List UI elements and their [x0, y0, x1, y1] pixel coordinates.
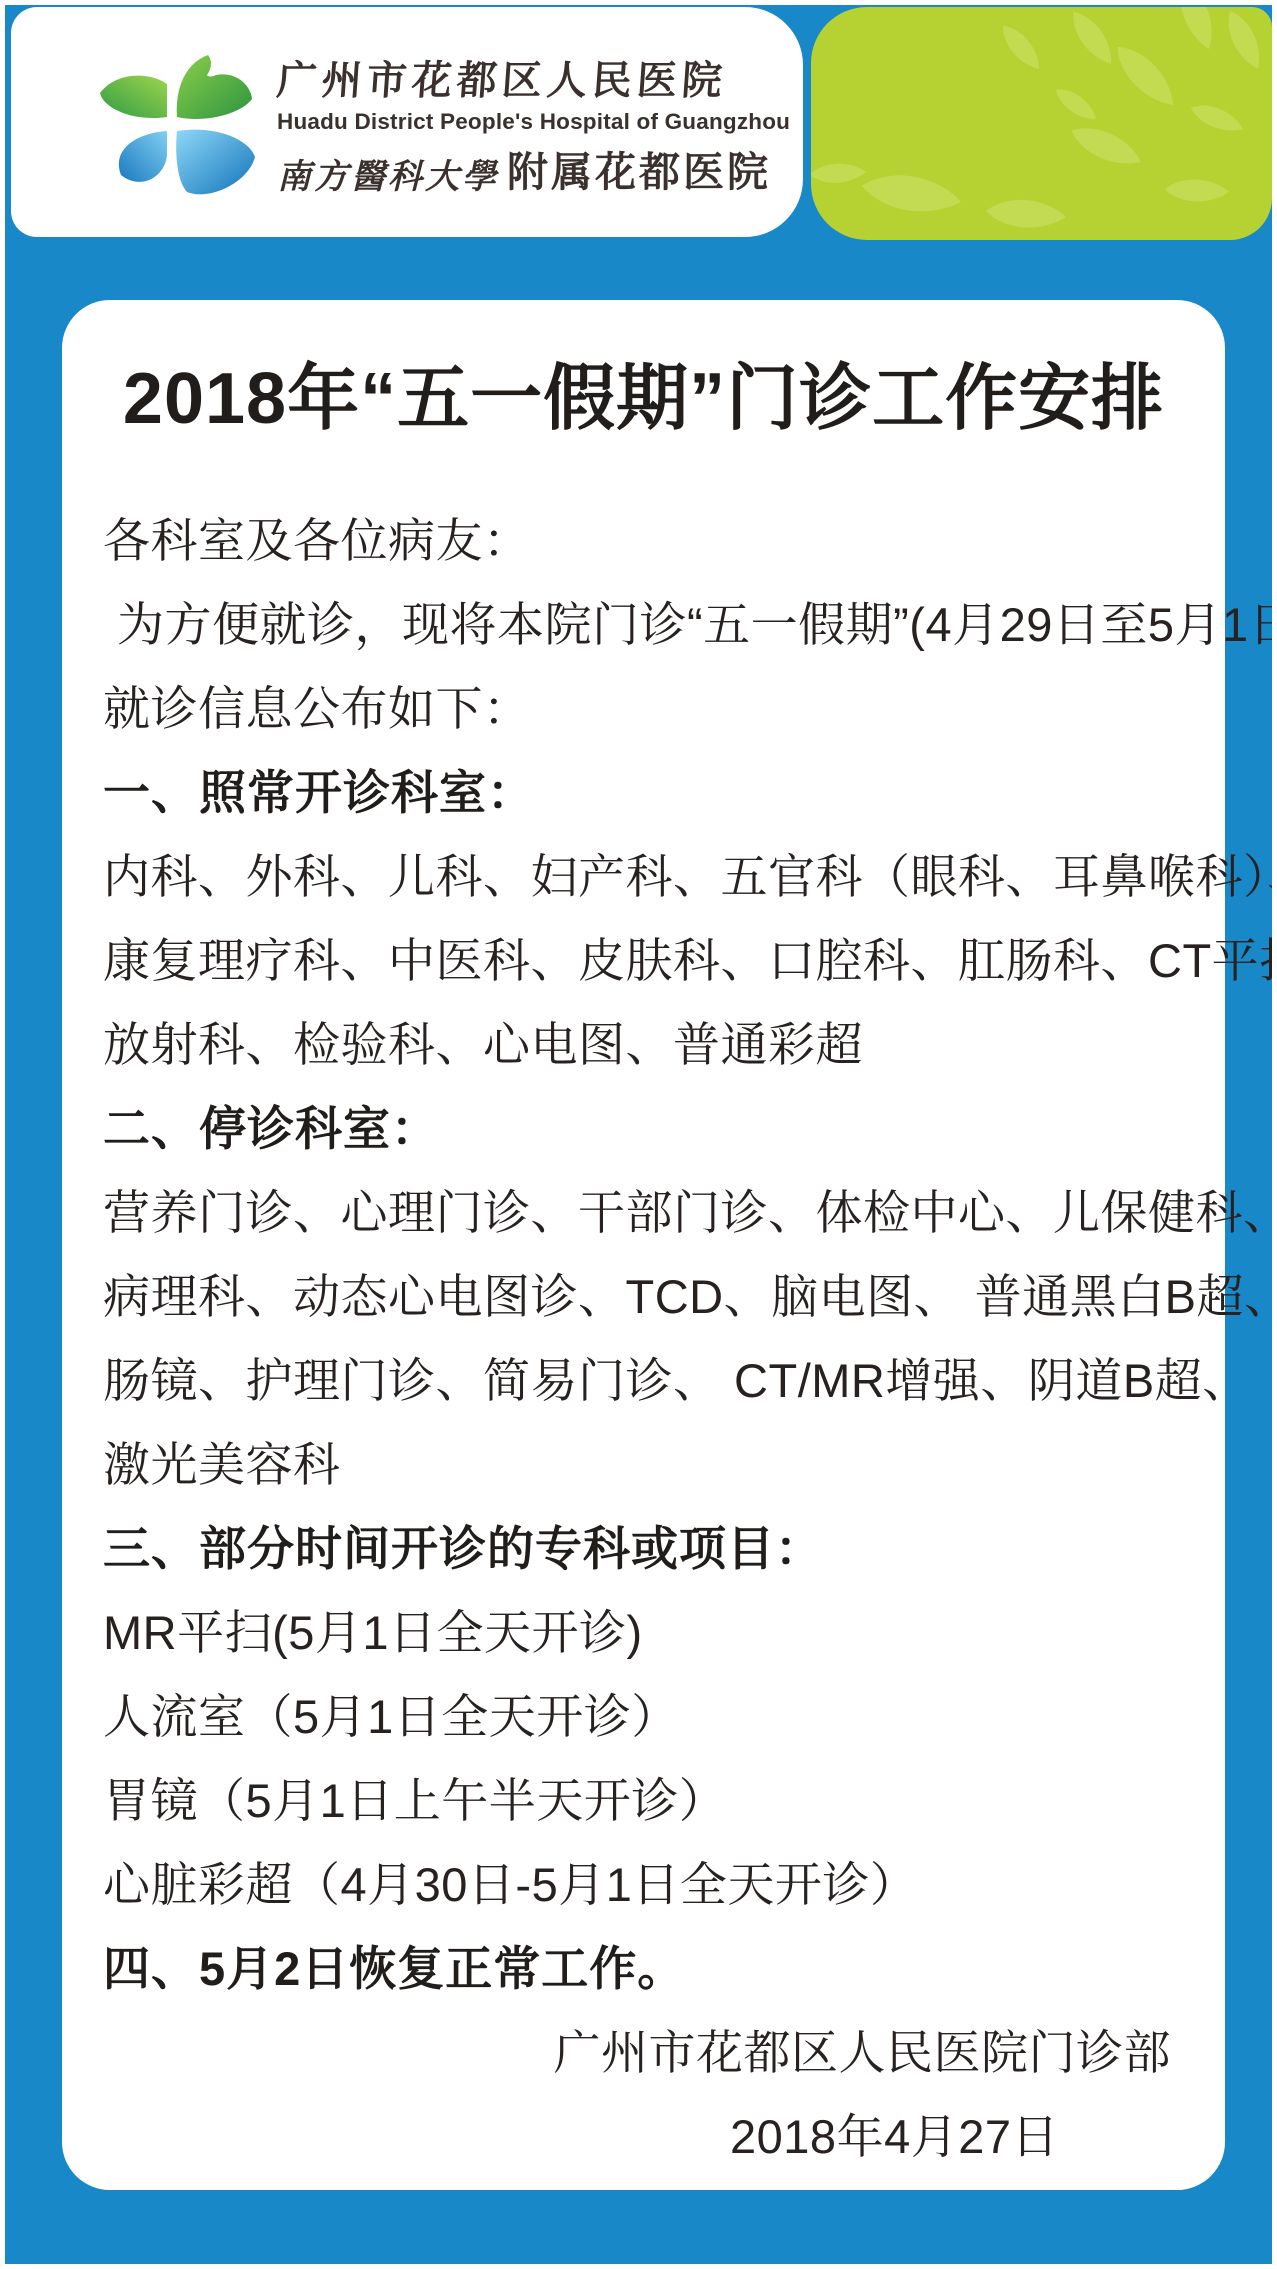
notice-line: 各科室及各位病友： — [103, 499, 1199, 583]
header-card: 广州市花都区人民医院 Huadu District People's Hospi… — [11, 7, 803, 237]
notice-line: 康复理疗科、中医科、皮肤科、口腔科、肛肠科、CT平扫、 — [103, 919, 1199, 1003]
hospital-flower-logo — [89, 49, 261, 201]
hospital-name-en: Huadu District People's Hospital of Guan… — [277, 109, 790, 135]
notice-line: 广州市花都区人民医院门诊部 — [103, 2011, 1199, 2095]
logo-leaf-top-left — [100, 76, 167, 118]
notice-line: 就诊信息公布如下： — [103, 667, 1199, 751]
notice-line: 内科、外科、儿科、妇产科、五官科（眼科、耳鼻喉科）、 — [103, 835, 1199, 919]
affiliation-university: 南方醫科大學 — [277, 149, 499, 198]
affiliation-hospital: 附属花都医院 — [507, 139, 771, 198]
notice-line: 2018年4月27日 — [103, 2095, 1199, 2179]
notice-line: 放射科、检验科、心电图、普通彩超 — [103, 1003, 1199, 1087]
notice-line: 三、部分时间开诊的专科或项目： — [103, 1507, 1199, 1591]
notice-line: 病理科、动态心电图诊、TCD、脑电图、 普通黑白B超、 — [103, 1255, 1199, 1339]
notice-line: 胃镜（5月1日上午半天开诊） — [103, 1759, 1199, 1843]
notice-line: 二、停诊科室： — [103, 1087, 1199, 1171]
notice-body: 各科室及各位病友：为方便就诊，现将本院门诊“五一假期”(4月29日至5月1日)就… — [62, 499, 1225, 2179]
notice-line: 人流室（5月1日全天开诊） — [103, 1675, 1199, 1759]
affiliation-line: 南方醫科大學 附属花都医院 — [277, 139, 790, 198]
notice-poster: 广州市花都区人民医院 Huadu District People's Hospi… — [0, 0, 1277, 2269]
logo-petal-bottom-left — [119, 131, 167, 182]
notice-line: 营养门诊、心理门诊、干部门诊、体检中心、儿保健科、 — [103, 1171, 1199, 1255]
notice-line: 为方便就诊，现将本院门诊“五一假期”(4月29日至5月1日) — [103, 583, 1199, 667]
hospital-name-cn: 广州市花都区人民医院 — [275, 49, 792, 106]
notice-line: 一、照常开诊科室： — [103, 751, 1199, 835]
notice-line: 激光美容科 — [103, 1423, 1199, 1507]
notice-line: 四、5月2日恢复正常工作。 — [103, 1927, 1199, 2011]
logo-leaf-top-right — [177, 55, 252, 119]
notice-title: 2018年“五一假期”门诊工作安排 — [62, 352, 1225, 447]
notice-line: 心脏彩超（4月30日-5月1日全天开诊） — [103, 1843, 1199, 1927]
header-text-block: 广州市花都区人民医院 Huadu District People's Hospi… — [277, 49, 790, 198]
logo-petal-bottom-right — [176, 130, 255, 195]
notice-card: 2018年“五一假期”门诊工作安排 各科室及各位病友：为方便就诊，现将本院门诊“… — [62, 300, 1225, 2190]
header-green-panel — [811, 7, 1272, 240]
notice-line: 肠镜、护理门诊、简易门诊、 CT/MR增强、阴道B超、 — [103, 1339, 1199, 1423]
notice-line: MR平扫(5月1日全天开诊) — [103, 1591, 1199, 1675]
leaf-pattern — [811, 7, 1272, 240]
